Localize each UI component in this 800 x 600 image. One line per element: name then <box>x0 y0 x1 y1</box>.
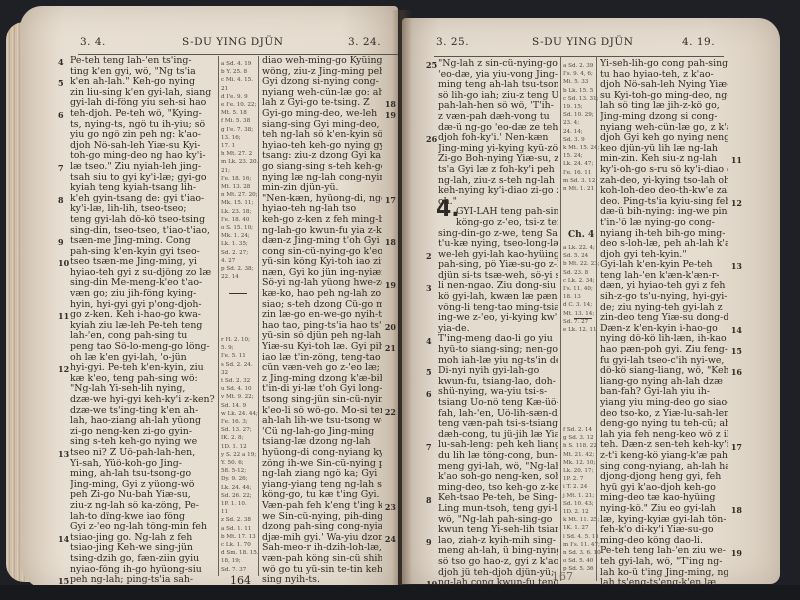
text-line: yia-de. <box>438 324 558 335</box>
header-rule <box>434 56 724 57</box>
text-line: ky'i-læ, lih-lih, tseo-tseo; <box>70 204 216 215</box>
text-line: zông ih-we Sin-cü-nying peh <box>262 459 382 470</box>
text-line: we-leh gyi-lah kao-hyüing <box>438 250 558 261</box>
text-line: Gyi-lah k'en-kyin Pe-teh <box>600 260 728 271</box>
text-line: læ, kying-kyiæ gyi-lah tön- <box>600 515 728 526</box>
text-line: djoh foh-ky'i.' Nen-kæn <box>438 133 558 144</box>
text-line: Ling mun-tsoh, teng gyi-lah <box>438 504 558 515</box>
text-line: hyü gyi k'ao-djoh keh-go <box>600 483 728 494</box>
text-line: nyiang weh-cün-læ go, z k'ao- <box>600 123 728 134</box>
verse-number: 13 <box>58 449 69 460</box>
verse-number: 8 <box>58 195 64 206</box>
text-line: tsiao-jing go. Ng-lah z feh <box>70 533 216 544</box>
text-line: djün si-ts tsæ-weh, sô-yi sing- <box>438 271 558 282</box>
text-line: nyiang ih-teh bih-go ming- <box>600 229 728 240</box>
text-line: yiu go ngô zin peh ng: k'ao- <box>70 130 216 141</box>
left-page-running-title: S-DU YING DJÜN <box>182 36 283 48</box>
column-divider <box>560 56 561 581</box>
text-line: ah-lah lih-we tsu-tsong wô-ko, <box>262 416 382 427</box>
text-line: meng gyi-lah, wô, "Ng-lah <box>438 462 558 473</box>
text-line: t'in-di yi-læ t'oh Gyi long- <box>262 384 382 395</box>
text-line: fah, lah-'en, Üô-lih-sæn-da, <box>438 409 558 420</box>
text-line: liang-go nying ah-lah dzæ <box>600 377 728 388</box>
text-line: k'en ah-lah." Keh-go nying <box>70 77 216 88</box>
text-line: deo s-loh-læ, peh ah-lah k'ao- <box>600 239 728 250</box>
text-line: hyi-gyi. Pe-teh k'en-kyin, ziu <box>70 363 216 374</box>
text-line: tsang: ziu-z dzong Gyi ka læ- <box>262 151 382 162</box>
text-line: 'eo-dæ, yia yiu-vong Jing- <box>438 70 558 81</box>
verse-number: 13 <box>731 261 742 272</box>
text-line: wô, "Ng-lah pah-sing-go <box>438 515 558 526</box>
text-line: "Nen-kæn, hyüong-di, ngô <box>262 194 382 205</box>
text-line: go z-ken. Keh i-hao-go kwa- <box>70 310 216 321</box>
cross-references-bottom: f Sd. 2. 14 g Sd. 3. 12 h S. 118. 22 Mt.… <box>563 426 595 574</box>
text-line: ing-we z-'eo, yi-kying kw'a <box>438 313 558 324</box>
text-line: tsæn-me Jing-ming. Cong <box>70 236 216 247</box>
text-line: zi-go neng-ken zi-go gyin- <box>70 427 216 438</box>
right-page: 3. 25. S-DU YING DJÜN 4. 19. "Ng-lah z s… <box>402 18 780 584</box>
verse-number: 4 <box>426 336 432 347</box>
text-line: ming-deo kông dao-li. <box>600 536 728 547</box>
text-line: Yiæ-su Kyi-toh læ. Gyi pih <box>262 342 382 353</box>
text-line: hyiao-teh gyi z su-djông zo læ <box>70 268 216 279</box>
text-line: kæ-ko, hao peh ng-lah zo du- <box>262 289 382 300</box>
text-line: go siang-sing s-teh keh-go <box>262 162 382 173</box>
text-line: wô go tu yü-sin te-tin keh- <box>262 565 382 576</box>
text-line: nying-kô." Ziu eo gyi-lah <box>600 504 728 515</box>
text-line: lah z Gyi-go te-tsing. Z <box>262 98 382 109</box>
verse-number: 5 <box>58 78 64 89</box>
text-line: toh-go ming-deo ng hao ky'i- <box>70 151 216 162</box>
verse-number: 12 <box>731 198 742 209</box>
text-line: li nen-ngao. Ziu dong-siu <box>438 281 558 292</box>
text-line: næn, Gyi ko jün ing-nyiæn. <box>262 268 382 279</box>
verse-number: 18 <box>731 505 742 516</box>
text-line: t'u-kæ nying, tseo-long-læ; <box>438 239 558 250</box>
verse-number: 26 <box>426 134 437 145</box>
text-line: teh. Dæn-z sen-teh keh-ky'i <box>600 440 728 451</box>
text-line: min-zin. Keh siu-z ng-lah <box>600 154 728 165</box>
text-line: dæn-z Jing-ming t'oh Gyi <box>262 236 382 247</box>
left-page-header-right: 3. 24. <box>348 36 381 48</box>
text-line: deo. Ping-ts'ia kyiu-sing feh <box>600 197 728 208</box>
text-line: lu-sah-leng: peh keh liang s- <box>438 440 558 451</box>
reference-separator <box>229 293 247 294</box>
verse-number: 12 <box>58 364 69 375</box>
text-line: ng-lah ziang ngô ka; Gyi <box>262 469 382 480</box>
text-line: ng-lah, ziu-z s-teh ng-lah <box>438 176 558 187</box>
text-line: ming teng ah-lah tsu-tsong <box>438 80 558 91</box>
text-line: lah, hao-ziang ah-lah yüong <box>70 416 216 427</box>
verse-number: 3 <box>426 283 432 294</box>
text-line: kyiah ziu læ-leh Pe-teh teng <box>70 321 216 332</box>
column-divider <box>218 56 219 576</box>
verse-number: 14 <box>731 325 742 336</box>
text-line: Gyi-go ming-deo, we-leh <box>262 109 382 120</box>
text-line: peng tao Sô-lo-meng-go lông- <box>70 342 216 353</box>
text-line: pah-lah-hen sô wô, 'T'ih- <box>438 101 558 112</box>
verse-number: 2 <box>426 251 432 262</box>
left-page-header-left: 3. 4. <box>80 36 106 48</box>
verse-number: 14 <box>58 534 69 545</box>
text-line: ban-fah? Gyi-lah yiu ih- <box>600 387 728 398</box>
text-line: kyiah teng kyiah-tsang lih- <box>70 183 216 194</box>
text-line: kwun teng Yi-seh-lih tsiang- <box>438 525 558 536</box>
text-line: nyiao-fông ih-go hyüong-siu <box>70 565 216 576</box>
verse-number: 7 <box>426 442 432 453</box>
text-line: kô gyi-lah, kwæn læ pæn- <box>438 292 558 303</box>
verse-number: 16 <box>731 367 742 378</box>
text-line: fu gyi-lah tseo-c'ih nyi-we, <box>600 356 728 367</box>
text-line: hyiao-teh ng-lah tso <box>262 204 382 215</box>
text-line: væn-pah kông sin-cü shih- <box>262 554 382 565</box>
text-line: djæ-mih gyi.' Wa-yiu dzong <box>262 533 382 544</box>
text-line: dzong pah-sing cong-nyiang <box>262 522 382 533</box>
text-line: su Kyi-toh-go ming-deo, ng- <box>600 91 728 102</box>
text-line: kæ k'eo, teng pah-sing wô: <box>70 374 216 385</box>
text-line: iao læ t'in-zông, teng-tao veh- <box>262 353 382 364</box>
text-line: peh Zi-go Nu-bah Yiæ-su, <box>70 490 216 501</box>
text-line: shü-nying, wa-yiu tsi-s- <box>438 387 558 398</box>
text-line: k'ao soh-go neng-ken, soh-go <box>438 472 558 483</box>
verse-number: 9 <box>426 537 432 548</box>
text-line: dæh-cong, tu jü-jih læ Yiæ- <box>438 430 558 441</box>
text-line: dô-kô siang-liang, wô, "Keh <box>600 366 728 377</box>
text-line: ng-lah-go kwun-fu yia z-ku. <box>262 226 382 237</box>
left-column-2: diao weh-ming-go Kyüing-wông, ziu-z Jing… <box>262 56 382 586</box>
text-line: hyüong-di cong-nyiang kyü- <box>262 448 382 459</box>
verse-number: 9 <box>58 237 64 248</box>
text-line: yü-sin sô djün peh ng-lah go <box>262 331 382 342</box>
text-line: pah-sing k'en-kyin gyi tseo- <box>70 247 216 258</box>
text-line: ziu-z ng-lah sô ka-zông, Pe- <box>70 501 216 512</box>
text-line: "Ng-lah Yi-seh-lih nying, <box>70 384 216 395</box>
text-line: teng lah-'en k'æn-k'æn-r- <box>600 271 728 282</box>
text-line: ts'a Gyi læ z foh-ky'i peh <box>438 165 558 176</box>
verse-number: 10 <box>58 258 69 269</box>
text-line: Væn-pah feh k'eng t'ing keh- <box>262 501 382 512</box>
text-line: hao pæn-poh gyi. Ziu feng- <box>600 345 728 356</box>
cross-references-middle: a Lk. 22. 4; Sd. 5. 24 b Mt. 22. 23; Sd.… <box>563 244 595 334</box>
text-line: dzæ-we ts'ing-ting k'en ah- <box>70 406 216 417</box>
text-line: ts, nying-ts, ngô tu ih-yiu; sô <box>70 120 216 131</box>
text-line: Pe-teh teng lah-'en ts'ing- <box>70 56 216 67</box>
text-line: Dæn-z k'en-kyin i-hao-go <box>600 324 728 335</box>
text-line: z-t'i keng-kô yiang-k'æ pah- <box>600 451 728 462</box>
text-line: teng væn-pah tsi-s-tsiang-go <box>438 419 558 430</box>
text-line: lah ko-ü t'ing Jing-ming, ng- <box>600 568 728 579</box>
text-line: læ tseo." Ziu nyiah-leh jing- <box>70 162 216 173</box>
text-line: ming-deo tæ kao-hyüing <box>600 493 728 504</box>
text-line: lah sô ting læ jih-z-kô go, <box>600 101 728 112</box>
text-line: t'in-'ô læ nying-go cong- <box>600 218 728 229</box>
text-line: tsing-dzih go, fæn-ziin gyiu <box>70 554 216 565</box>
text-line: tsah siu to gyi ky'i-læ; gyi-go <box>70 173 216 184</box>
text-line: zin-deo teng Yiæ-su dong-de. <box>600 313 728 324</box>
right-page-header-left: 3. 25. <box>436 36 469 48</box>
text-line: tu hao hyiao-teh, z k'ao- <box>600 70 728 81</box>
text-line: de; ziu nying-teh gyi-lah z <box>600 303 728 314</box>
text-line: hyin, hyi-gyi gyi p'ong-djoh- <box>70 300 216 311</box>
column-divider <box>258 56 259 576</box>
text-line: ming-deo, tso keh-go z-ken?" <box>438 483 558 494</box>
text-line: yiang yiu ming-deo go siao- <box>600 398 728 409</box>
text-line: Jing-ming dzong si cong- <box>600 112 728 123</box>
left-page: 3. 4. S-DU YING DJÜN 3. 24. Pe-teh teng … <box>20 6 398 590</box>
text-line: Sô-yi ng-lah yüong hwe-ze <box>262 278 382 289</box>
text-line: sing-din Me-meng-k'eo t'ao- <box>70 278 216 289</box>
text-line: siao; s-teh dzong Cü-go min- <box>262 300 382 311</box>
text-line: keo djün-yü lih læ ng-lah <box>600 144 728 155</box>
text-line: kông-go, tu kæ t'ing Gyi. <box>262 490 382 501</box>
text-line: væn go; ziu jih-fông kying- <box>70 289 216 300</box>
left-column-1: Pe-teh teng lah-'en ts'ing-ting k'en gyi… <box>70 56 216 586</box>
text-line: Zi-go Boh-nying Yiæ-su, ziu <box>438 154 558 165</box>
text-line: zin liu-sing k'en gyi-lah, siang <box>70 88 216 99</box>
text-line: du lih læ tông-cong, bun- <box>438 451 558 462</box>
text-line: hao tao, ping-ts'ia hao ts'a <box>262 321 382 332</box>
cross-references-top: a Sd. 2. 39 I's. 9. 4, 6; Mi. 5. 33 b Lk… <box>563 62 595 193</box>
text-line: kwun-fu, tsiang-lao, doh- <box>438 377 558 388</box>
cross-references-bottom: r H. 2. 10; 5. 9; I'e. 5. 11 s Sd. 2. 24… <box>221 336 257 574</box>
right-column-2: Yi-seh-lih-go cong pah-singtu hao hyiao-… <box>600 59 728 589</box>
text-line: siang-sing Gyi ming-deo, s- <box>262 120 382 131</box>
text-line: teh-djoh. Pe-teh wô, "Kying- <box>70 109 216 120</box>
right-column-1: "Ng-lah z sin-cü-nying-go'eo-dæ, yia yiu… <box>438 59 558 589</box>
text-line: hyü-to siang-sing; nen-go su- <box>438 345 558 356</box>
cross-references-top: a Sd. 4. 19 b Y. 25. 8 c Mi. 4. 15. 21 d… <box>221 60 257 281</box>
text-line: keh-nying ky'i-diao zi-go zæ- <box>438 186 558 197</box>
right-page-number: 167 <box>552 570 573 583</box>
text-line: sing cong-nyiang, ah-lah hao <box>600 462 728 473</box>
verse-number: 15 <box>731 346 742 357</box>
verse-number: 11 <box>58 311 69 322</box>
text-line: keh-go z-ken z feh ming-bah, <box>262 215 382 226</box>
text-line: nying læ ng-lah cong-nying <box>262 173 382 184</box>
text-line: "Ng-lah z sin-cü-nying-go <box>438 59 558 70</box>
text-line: yü-sin kông Kyi-toh iao ziu <box>262 257 382 268</box>
text-line: tsiang-læ dzong ng-lah <box>262 437 382 448</box>
reference-separator <box>574 318 592 319</box>
text-line: k'eo-li sô wô-go. Mo-si teng <box>262 406 382 417</box>
text-line: tseo ni? Z Üô-pah-lah-hen, <box>70 448 216 459</box>
text-line: cün væn-veh go z-'eo læ; ziu- <box>262 363 382 374</box>
text-line: feh-k'o di-ky'i Yiæ-su-go <box>600 525 728 536</box>
text-line: meng ah-lah, ü bing-nying <box>438 546 558 557</box>
text-line: koh-loh-deo deo-th-kw'e zah- <box>600 186 728 197</box>
text-line: sing-din-go z-we, teng Sah- <box>438 229 558 240</box>
text-line: dæ-ü ng-go 'eo-dæ ze teh- <box>438 123 558 134</box>
text-line: teng gyi-lah dô-kô tseo-tsing <box>70 215 216 226</box>
text-line: cong sin-cü-nying-go k'eo-li <box>262 247 382 258</box>
text-line: moh iah-læ yiu ng-ts'in de. <box>438 356 558 367</box>
text-line: 'Cü ng-lah-go Jing-ming <box>262 427 382 438</box>
text-line: vông-li teng-tao ming-tsiao; <box>438 303 558 314</box>
text-line: dæn, yi hyiao-teh gyi z feh <box>600 281 728 292</box>
text-line: deo tso-ko, z Yiæ-lu-sah-leng <box>600 409 728 420</box>
text-line: ming, ah-lah tsu-tsong-go <box>70 469 216 480</box>
text-line: we Sin-cü-nying, pih-ding <box>262 512 382 523</box>
text-line: tsong sing-jün sin-cü-nying <box>262 395 382 406</box>
text-line: teh gyi-lah, wô, "T'ing ng- <box>600 557 728 568</box>
text-line: Jing-ming yi-kying kyü-zông <box>438 144 558 155</box>
right-page-header-right: 4. 19. <box>682 36 715 48</box>
text-line: Pe-teh teng lah-'en ziu we- <box>600 546 728 557</box>
text-line: T'ing-meng dao-li go yiu <box>438 334 558 345</box>
text-line: hyiao-teh keh-go nying gyin- <box>262 141 382 152</box>
text-line: teh ng-lah sô k'en-kyin sô <box>262 130 382 141</box>
chapter-number: 4. <box>436 205 460 216</box>
right-page-running-title: S-DU YING DJÜN <box>532 36 633 48</box>
text-line: sô tso go hao-z, gyi z k'ao- <box>438 557 558 568</box>
text-line: oh læ k'en gyi-lah, 'o-jün <box>70 353 216 364</box>
text-line: djoh Nô-sah-leh Nying Yiæ- <box>600 80 728 91</box>
column-divider <box>596 56 597 581</box>
text-line: dæ-ü bih-nying: ing-we pin- <box>600 207 728 218</box>
text-line: yiang-yiang teng ng-lah sô <box>262 480 382 491</box>
text-line: sih-z-go ts'u-nying, hyi-gyi- <box>600 292 728 303</box>
text-line: wông, ziu-z Jing-ming peh <box>262 67 382 78</box>
text-line: Jing-ming, Gyi z yüong-wô <box>70 480 216 491</box>
text-line: lah-'en, cong pah-sing tu <box>70 331 216 342</box>
text-line: gyi-lah di-fông yiu seh-si hao <box>70 98 216 109</box>
book-gutter <box>392 10 412 590</box>
verse-number: 11 <box>731 155 742 166</box>
open-book: 3. 4. S-DU YING DJÜN 3. 24. Pe-teh teng … <box>0 0 800 600</box>
text-line: Keh-tsao Pe-teh, be Sing- <box>438 493 558 504</box>
text-line: tsiao-jing Keh-we sing-jün <box>70 543 216 554</box>
text-line: tseo tsæn-me Jing-ming, yi <box>70 257 216 268</box>
text-line: lah yia feh neng-keo wô z ih- <box>600 430 728 441</box>
header-rule <box>78 54 398 55</box>
verse-number: 8 <box>426 495 432 506</box>
text-line: pah-sing, pô Yiæ-su-go z-ken <box>438 260 558 271</box>
text-line: Sah-meo-r ih-dzih-loh-læ, <box>262 543 382 554</box>
text-line: djoh Nô-sah-leh Yiæ-su Kyi- <box>70 141 216 152</box>
chapter-reference-label: Ch. 4 <box>568 230 594 240</box>
text-line: z Jing-ming dzong k'æ-bih <box>262 374 382 385</box>
text-line: k'eh gyin-tsang de: gyi t'iao- <box>70 194 216 205</box>
table-surface <box>0 585 800 600</box>
text-line: diao weh-ming-go Kyüing- <box>262 56 382 67</box>
verse-number: 17 <box>731 442 742 453</box>
verse-number: 25 <box>426 60 437 71</box>
text-line: Gyi dzong si-nying cong- <box>262 77 382 88</box>
text-line: nying dô-kô lih-læn, ih-kao <box>600 334 728 345</box>
text-line: Yi-sah, Yüô-koh-go Jing- <box>70 459 216 470</box>
text-line: dzæ-we hyi-gyi keh-ky'i z-ken? <box>70 395 216 406</box>
text-line: lah-to dîng-kwe iao fông <box>70 512 216 523</box>
text-line: djoh gyi teh-kyin." <box>600 250 728 261</box>
text-line: sing s-teh keh-go nying we <box>70 437 216 448</box>
verse-number: 5 <box>426 367 432 378</box>
text-line: djong-djong heng gyi, feh <box>600 472 728 483</box>
text-line: sing-din, tseo-tseo, t'iao-t'iao, <box>70 226 216 237</box>
text-line: nyiang weh-cün-læ go: ah- <box>262 88 382 99</box>
text-line: zah-deo, yi-kying tso-lah oh <box>600 176 728 187</box>
text-line: z væn-pah dæh-vong tu <box>438 112 558 123</box>
text-line: Di-nyi nyih gyi-lah-go <box>438 366 558 377</box>
text-line: zin læ-go en-we-go nyih-ts <box>262 310 382 321</box>
text-line: sô lih-go iah; ziu-z teng Üô- <box>438 91 558 102</box>
text-line: ting k'en gyi, wô, "Ng ts'ia <box>70 67 216 78</box>
text-line: tsiang Üo-nô teng Kæ-üô- <box>438 398 558 409</box>
verse-number: 6 <box>58 110 64 121</box>
text-line: djoh jü teh-djoh djün-yü; <box>438 568 558 579</box>
text-line: deng-go nying tu teh-cü; ah- <box>600 419 728 430</box>
verse-number: 7 <box>58 163 64 174</box>
verse-number: 4 <box>58 57 64 68</box>
verse-number: 6 <box>426 389 432 400</box>
text-line: ky'i-oh-go s-ru sô ky'i-diao go <box>600 165 728 176</box>
text-line: lao, ziah-z kyih-mih sing- <box>438 536 558 547</box>
text-line: djoh Gyi keh go nying neng- <box>600 133 728 144</box>
text-line: Gyi z-'eo ng-lah tông-min feh <box>70 522 216 533</box>
text-line: min-zin djün-yü. <box>262 183 382 194</box>
verse-number: 19 <box>731 548 742 559</box>
text-line: Yi-seh-lih-go cong pah-sing <box>600 59 728 70</box>
